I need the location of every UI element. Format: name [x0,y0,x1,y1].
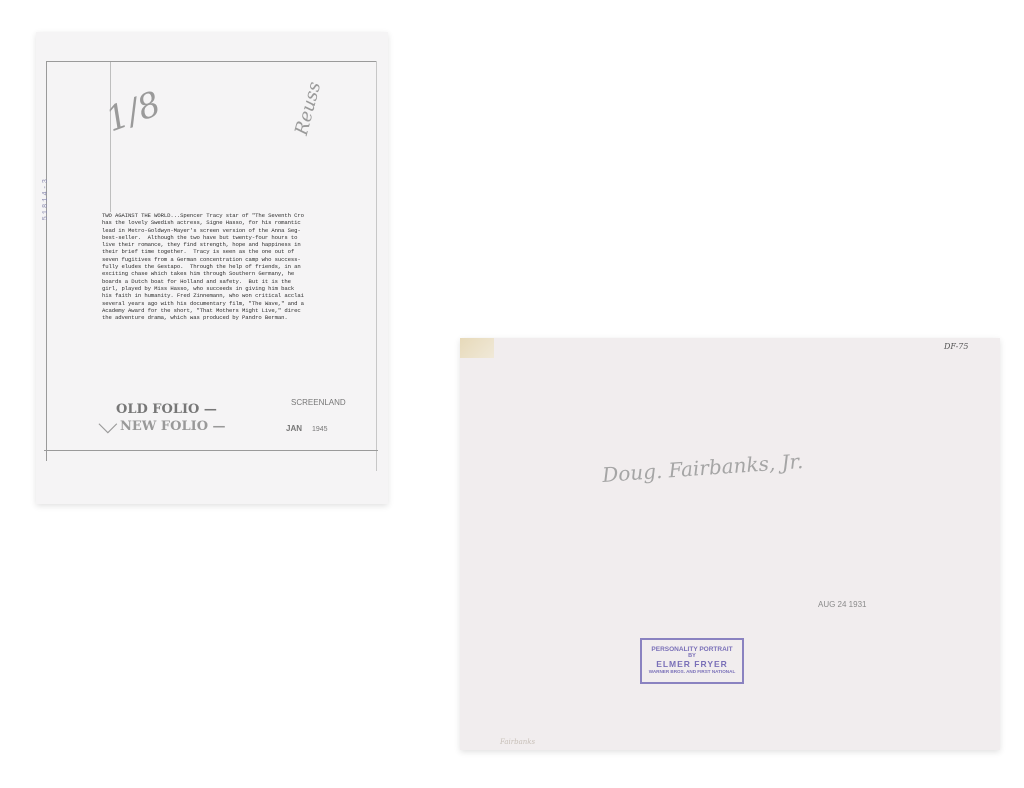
publication-stamp: SCREENLAND [291,398,346,407]
pencil-arrow-mark: ⌵ [98,410,118,441]
date-stamp: AUG 24 1931 [818,600,866,609]
date-year-stamp: 1945 [312,426,328,433]
studio-stamp-line1: PERSONALITY PORTRAIT [642,646,742,653]
crop-line-center [110,62,111,212]
old-folio-stamp: OLD FOLIO — [116,402,217,417]
crop-line-bottom [44,450,378,451]
studio-stamp-line3: ELMER FRYER [642,659,742,669]
date-month-stamp: JAN [286,424,302,433]
bottom-pencil-note: Fairbanks [500,738,535,746]
photo-back-left: 51814-3 1/8 Reuss TWO AGAINST THE WORLD.… [36,32,388,504]
studio-stamp-line4: WARNER BROS. AND FIRST NATIONAL [642,669,742,674]
new-folio-stamp: NEW FOLIO — [120,419,226,434]
corner-note: DF-75 [944,342,969,351]
tape-residue [460,338,494,358]
signature: Doug. Fairbanks, Jr. [601,449,804,487]
studio-stamp: PERSONALITY PORTRAIT BY ELMER FRYER WARN… [640,638,744,684]
side-code: 51814-3 [42,177,50,220]
caption-text: TWO AGAINST THE WORLD...Spencer Tracy st… [102,212,382,321]
photo-back-right: DF-75 Doug. Fairbanks, Jr. AUG 24 1931 P… [460,338,1000,750]
crop-line-top [46,61,376,62]
crop-line-left [46,61,47,461]
pencil-mark-name: Reuss [291,80,325,138]
